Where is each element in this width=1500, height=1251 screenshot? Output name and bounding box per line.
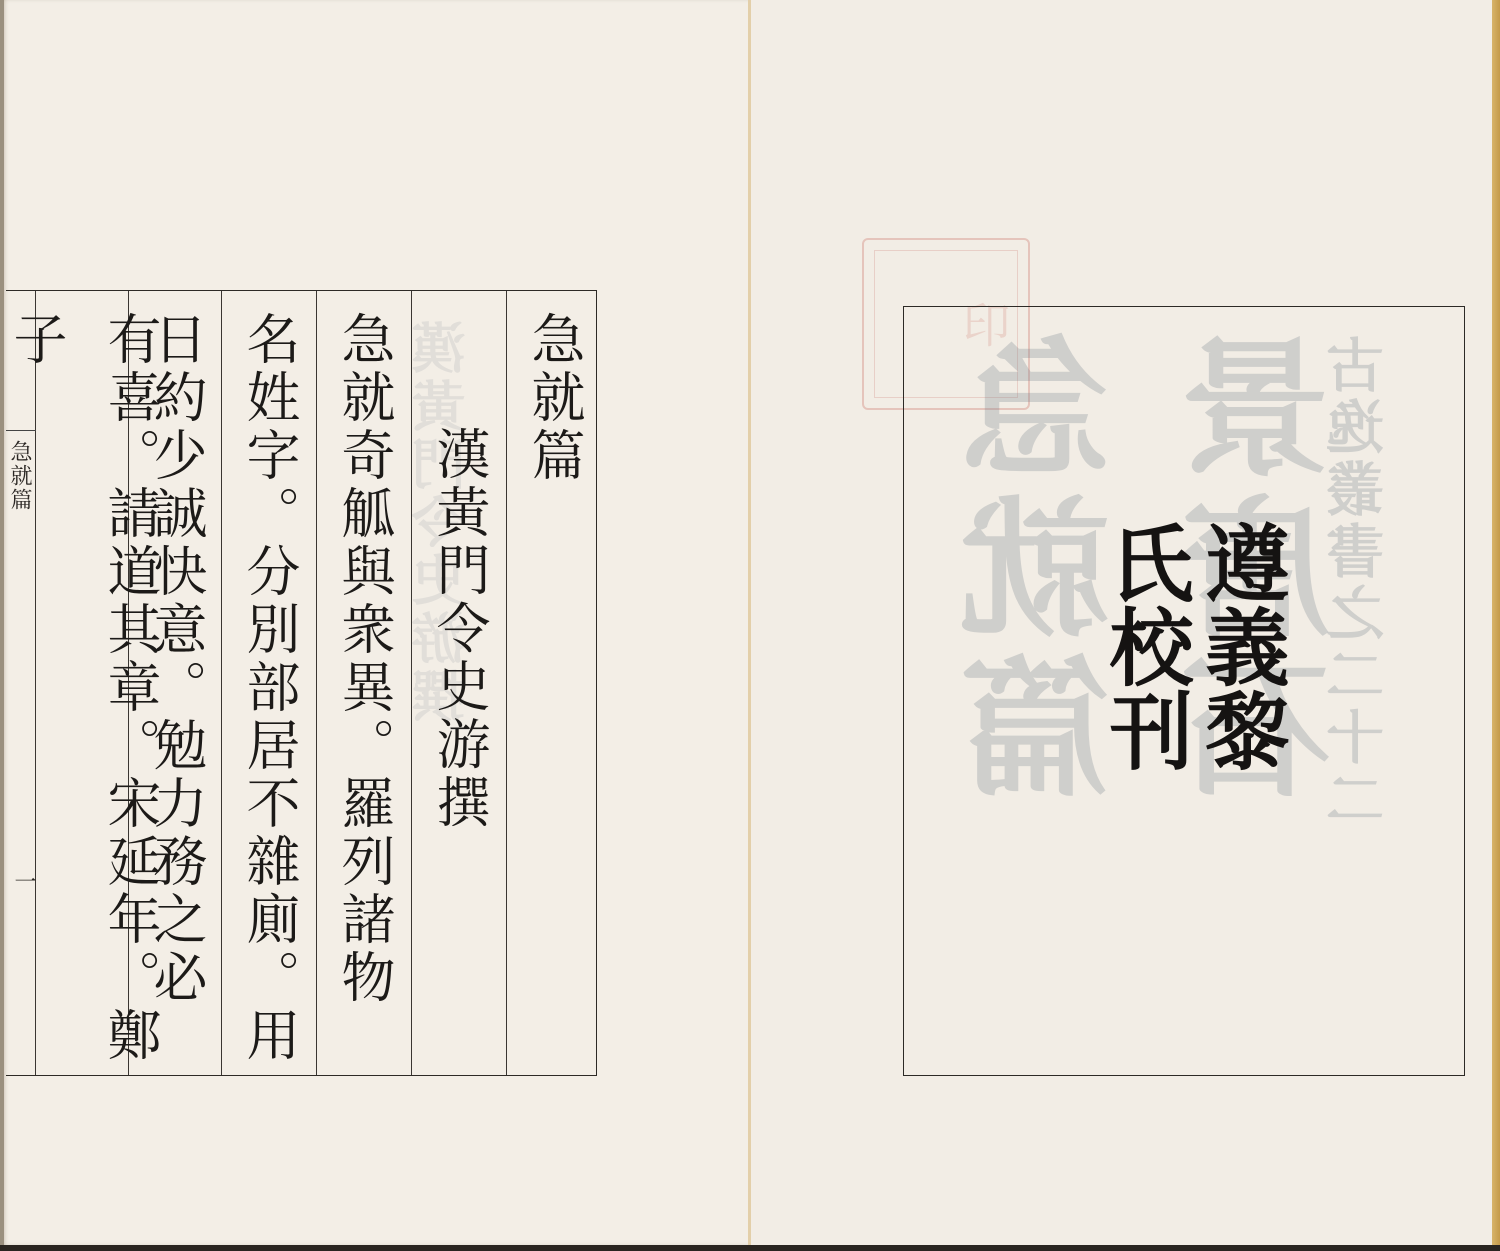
right-page-edge: [1492, 0, 1500, 1245]
fold-divider: [6, 430, 36, 431]
imprint-column-1: 遵義黎: [1196, 520, 1286, 772]
column-body-2: 名姓字。分別部居不雜廁。用: [221, 291, 316, 1075]
column-title: 急就篇: [506, 291, 601, 1075]
imprint-column-2: 氏校刊: [1100, 520, 1190, 772]
fold-page-number: 一: [8, 870, 39, 892]
left-text-frame: 急就篇 漢黃門令史游撰 急就奇觚與衆異。羅列諸物 名姓字。分別部居不雜廁。用 日…: [6, 290, 597, 1076]
chapter-title: 急就篇: [507, 291, 601, 485]
author-line: 漢黃門令史游撰: [412, 291, 506, 832]
book-spread: 漢黃門令史游撰 急就篇 漢黃門令史游撰 急就奇觚與衆異。羅列諸物 名姓字。分別部…: [0, 0, 1500, 1245]
column-body-4: 有喜。請道其章。宋延年。鄭子: [35, 291, 130, 1075]
body-text: 急就奇觚與衆異。羅列諸物: [317, 291, 411, 1007]
gutter: [748, 0, 751, 1245]
body-text: 有喜。請道其章。宋延年。鄭子: [0, 291, 177, 1075]
fold-title: 急就篇: [4, 440, 35, 512]
column-author: 漢黃門令史游撰: [411, 291, 506, 1075]
body-text: 名姓字。分別部居不雜廁。用: [222, 291, 316, 1065]
publisher-imprint: 遵義黎 氏校刊: [1100, 520, 1286, 772]
column-body-1: 急就奇觚與衆異。羅列諸物: [316, 291, 411, 1075]
scan-background: [0, 1245, 1500, 1251]
